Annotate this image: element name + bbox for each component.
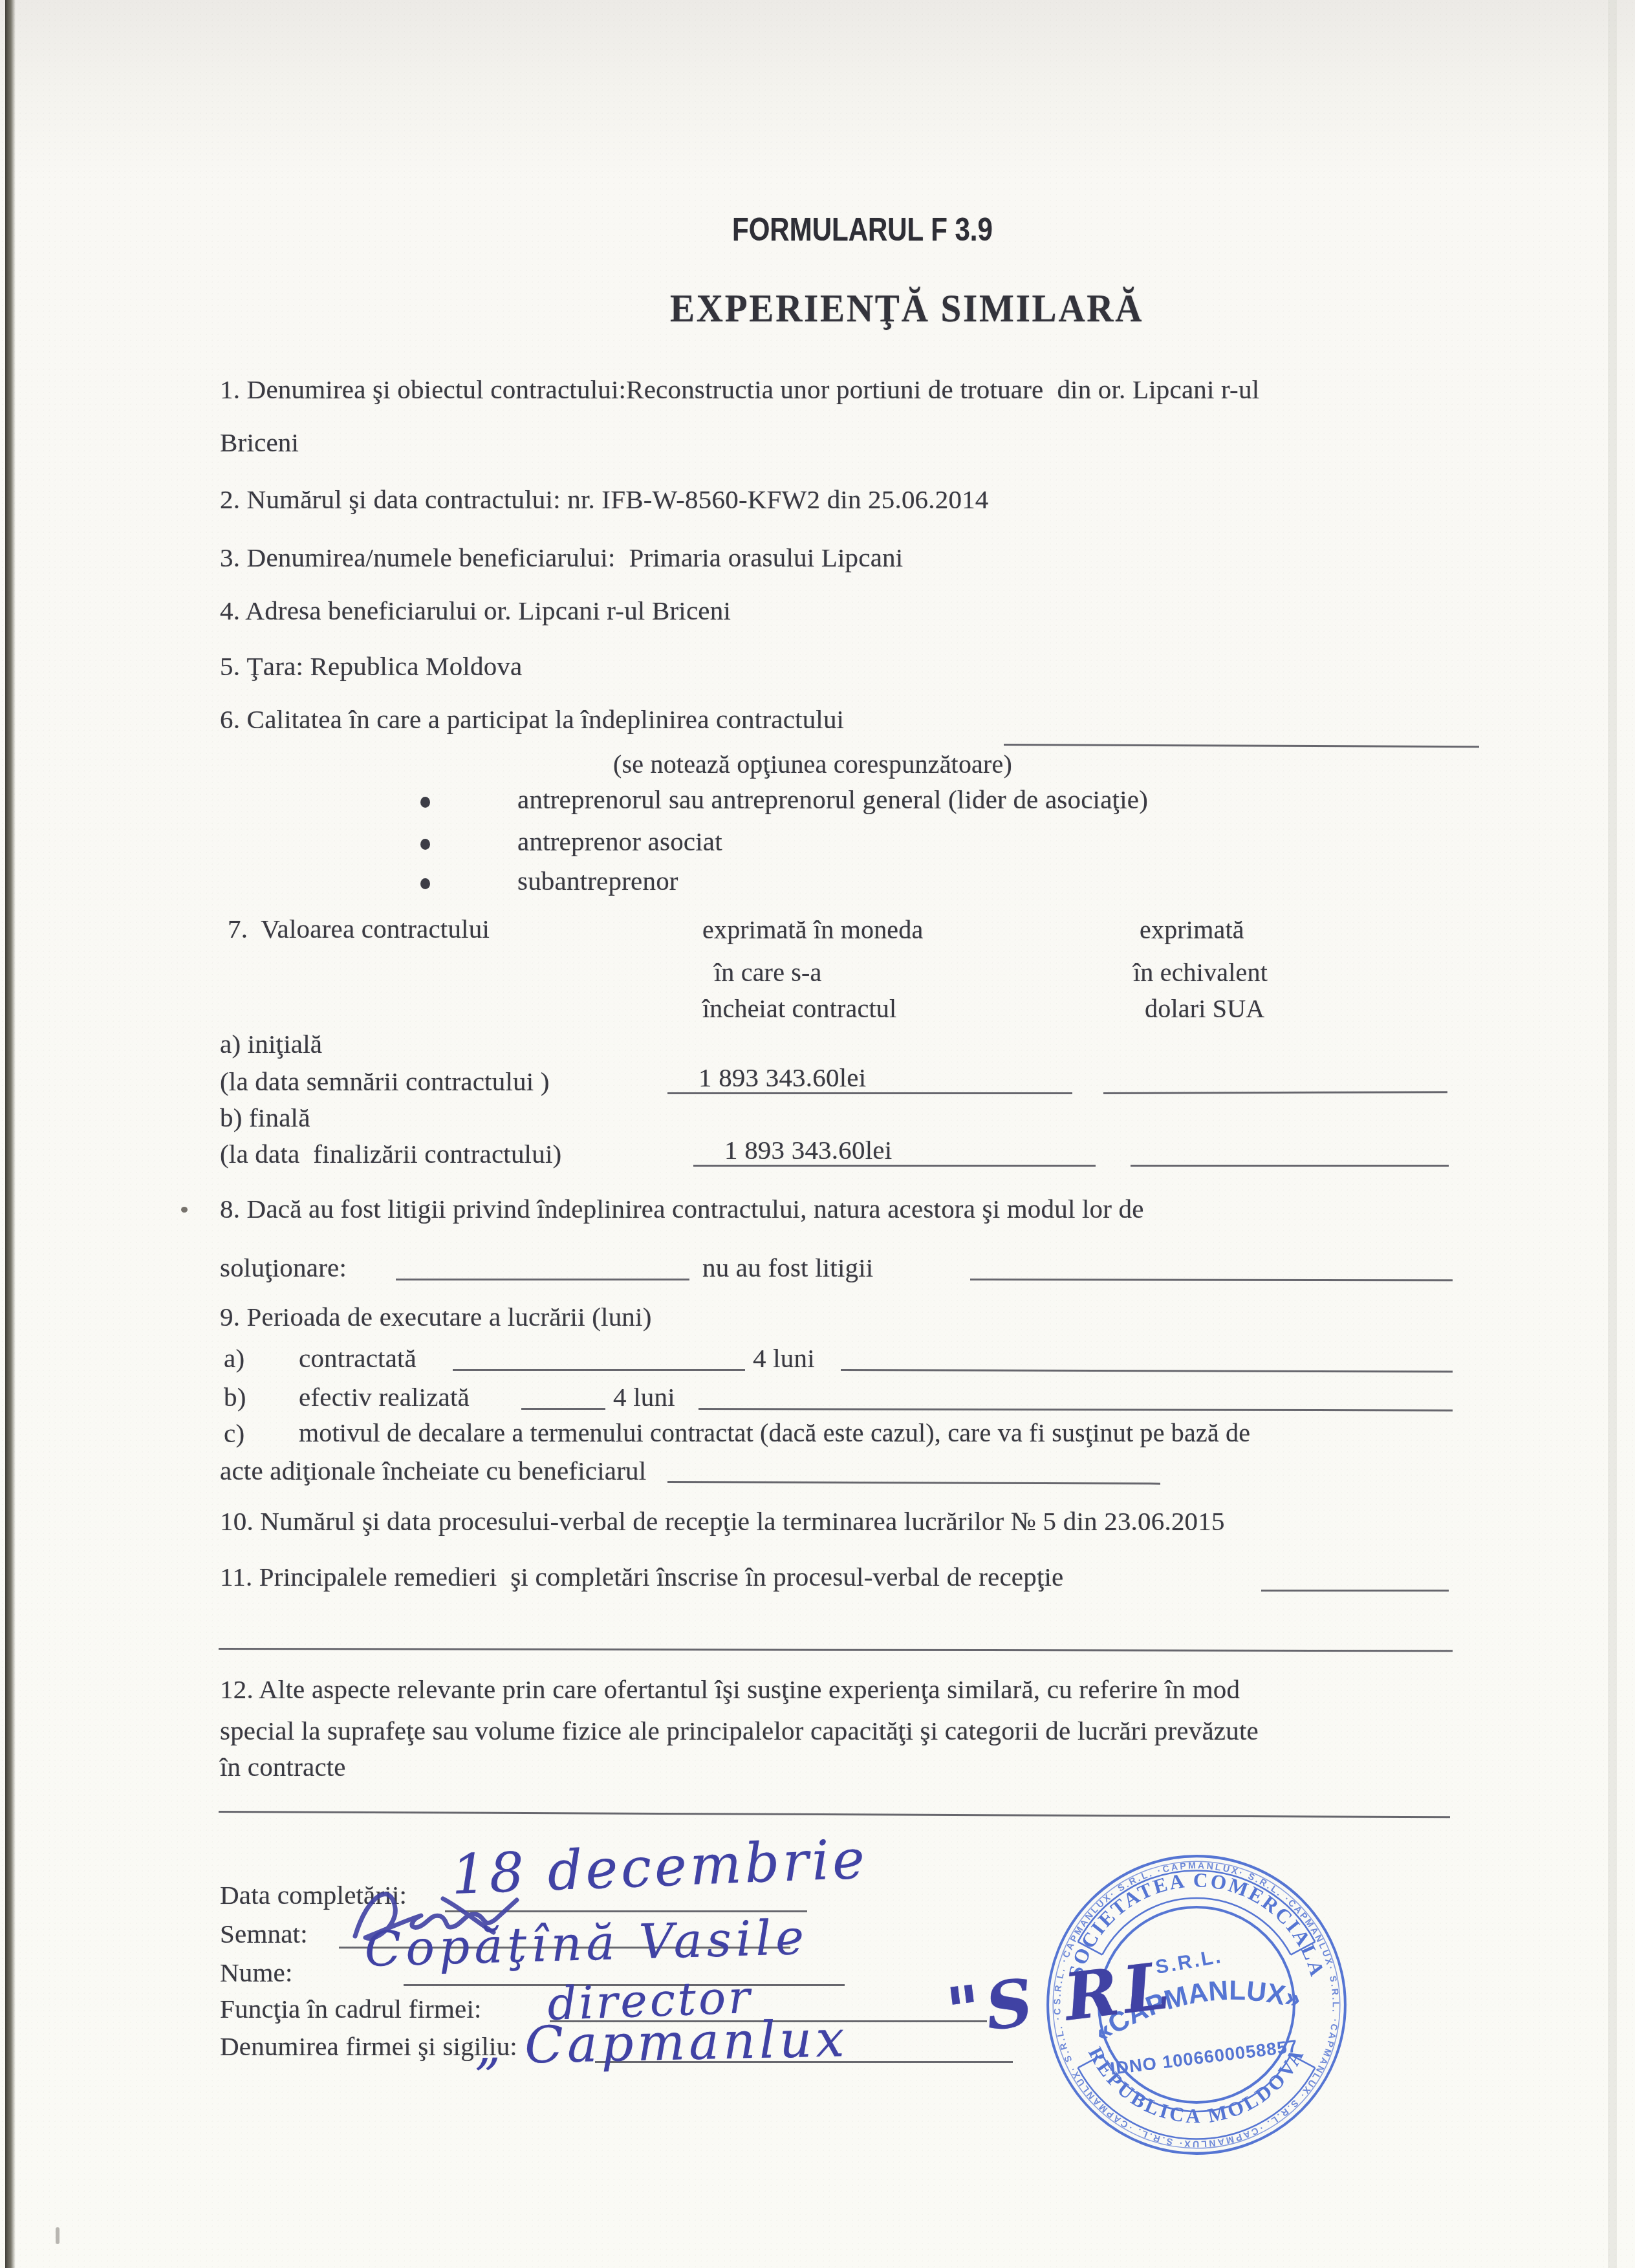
bullet-icon [420,797,430,808]
item-12-line-3: în contracte [220,1751,346,1782]
item-8-line-1: 8. Dacă au fost litigii privind îndeplin… [220,1193,1144,1224]
signed-label: Semnat: [220,1918,308,1949]
item-9a-value: 4 luni [753,1343,815,1374]
col1-line-3: încheiat contractul [702,993,896,1024]
row-b-sub: (la data finalizării contractului) [220,1138,561,1169]
bullet-icon [420,878,430,889]
blank-line-row-a-lei [667,1092,1072,1094]
blank-line-9c [667,1481,1160,1485]
blank-line-item-11 [1261,1590,1449,1592]
blank-line-row-a-usd [1103,1091,1447,1094]
item-9a-label: contractată [299,1343,417,1374]
col2-line-2: în echivalent [1133,957,1268,988]
blank-line-item-12 [219,1811,1450,1818]
scanned-page: FORMULARUL F 3.9 EXPERIENŢĂ SIMILARĂ 1. … [0,0,1635,2268]
scan-speck [56,2227,60,2244]
blank-line-item-8-b [970,1279,1453,1281]
item-9c-line-2: acte adiţionale încheiate cu beneficiaru… [220,1455,646,1486]
firm-label: Denumirea firmei şi sigiliu: [220,2031,517,2062]
item-9b-label: efectiv realizată [299,1381,470,1412]
blank-line-item-6 [1004,744,1479,748]
handwritten-firm-name: „ Capmanlux [474,2010,849,2076]
col2-line-3: dolari SUA [1145,993,1264,1024]
blank-line-row-b-lei [693,1165,1096,1167]
blank-line-item-8-a [396,1279,689,1280]
item-1-line-2: Briceni [220,427,299,458]
row-b-value: 1 893 343.60lei [724,1134,892,1165]
item-9c-marker: c) [224,1418,244,1449]
blank-line-9a-2 [841,1369,1453,1372]
item-11: 11. Principalele remedieri şi completări… [220,1561,1064,1592]
scan-speck [181,1207,188,1213]
item-9: 9. Perioada de executare a lucrării (lun… [220,1301,651,1332]
row-b-label: b) finală [220,1102,310,1133]
row-a-label: a) iniţială [220,1028,322,1059]
bullet-3: subantreprenor [517,865,678,896]
blank-line-9b-2 [698,1408,1453,1411]
item-6-note: (se notează opţiunea corespunzătoare) [613,749,1012,779]
item-12-line-1: 12. Alte aspecte relevante prin care ofe… [220,1674,1240,1705]
item-9b-marker: b) [224,1381,246,1412]
col1-line-1: exprimată în moneda [702,914,923,945]
row-a-value: 1 893 343.60lei [698,1062,866,1093]
blank-line-9b-1 [521,1408,605,1410]
blank-line-row-b-usd [1131,1165,1449,1167]
item-3: 3. Denumirea/numele beneficiarului: Prim… [220,542,903,573]
handwritten-name: Copăţînă Vasile [364,1910,809,1978]
form-code: FORMULARUL F 3.9 [732,211,993,248]
item-4: 4. Adresa beneficiarului or. Lipcani r-u… [220,595,731,626]
bullet-icon [420,839,430,850]
item-8-line-2: soluţionare: [220,1252,347,1283]
scan-edge-left [5,0,16,2268]
item-2: 2. Numărul şi data contractului: nr. IFB… [220,484,989,515]
item-9c-line-1: motivul de decalare a termenului contrac… [299,1418,1250,1448]
scan-edge-right [1608,0,1617,2268]
bullet-1: antreprenorul sau antreprenorul general … [517,784,1148,815]
row-a-sub: (la data semnării contractului ) [220,1066,550,1097]
item-10: 10. Numărul şi data procesului-verbal de… [220,1506,1225,1537]
item-9a-marker: a) [224,1343,244,1374]
item-1-line-1: 1. Denumirea şi obiectul contractului:Re… [220,374,1259,405]
blank-line-9a-1 [453,1369,745,1371]
item-12-line-2: special la suprafeţe sau volume fizice a… [220,1715,1259,1746]
item-8-answer: nu au fost litigii [702,1252,873,1283]
item-5: 5. Ţara: Republica Moldova [220,651,522,682]
col2-line-1: exprimată [1140,914,1244,945]
function-label: Funcţia în cadrul firmei: [220,1993,482,2024]
item-6: 6. Calitatea în care a participat la înd… [220,704,844,735]
item-7: 7. Valoarea contractului [228,913,490,944]
page-title: EXPERIENŢĂ SIMILARĂ [670,286,1143,332]
blank-line-item-11-continued [219,1648,1453,1652]
item-9b-value: 4 luni [613,1381,675,1412]
bullet-2: antreprenor asociat [517,826,722,857]
name-label: Nume: [220,1957,293,1988]
col1-line-2: în care s-a [714,957,822,988]
